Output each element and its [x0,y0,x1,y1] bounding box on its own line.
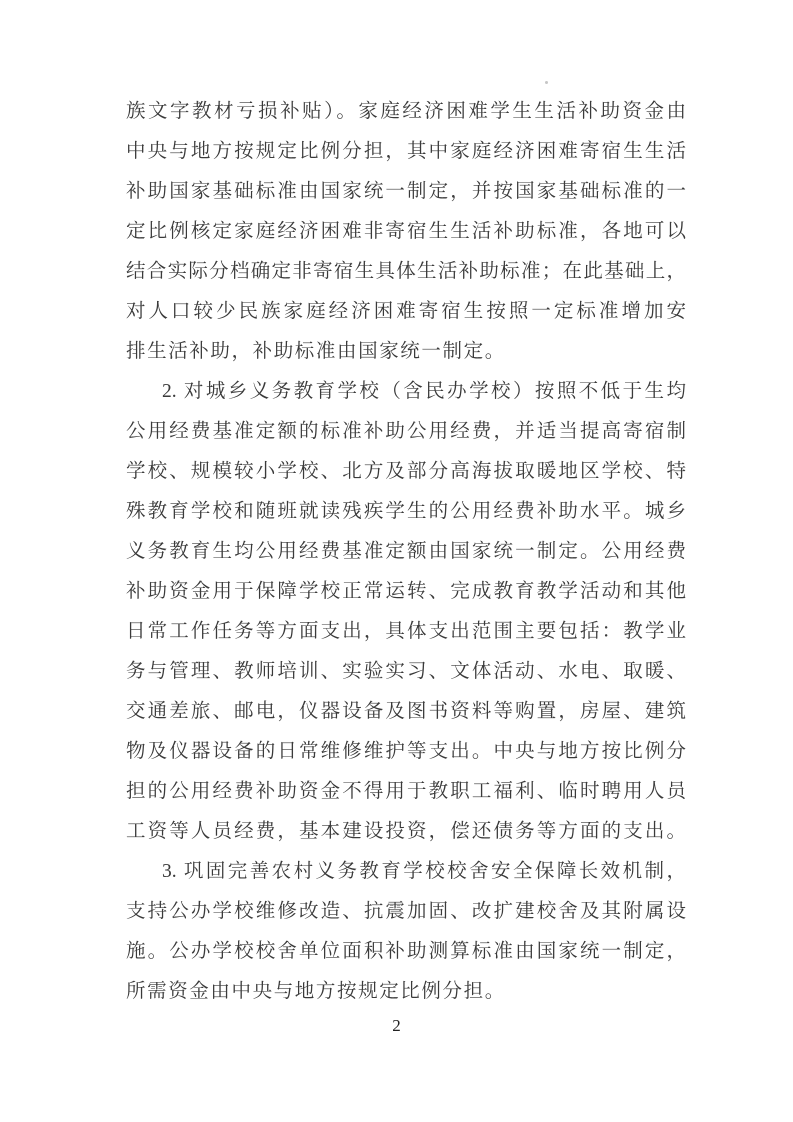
paragraph-continuation: 族文字教材亏损补贴）。家庭经济困难学生生活补助资金由 中央与地方按规定比例分担，… [126,92,686,372]
text-line: 务与管理、教师培训、实验实习、文体活动、水电、取暖、 [126,652,686,692]
text-line: 公用经费基准定额的标准补助公用经费，并适当提高寄宿制 [126,412,686,452]
text-line: 排生活补助，补助标准由国家统一制定。 [126,332,686,372]
body-text: 族文字教材亏损补贴）。家庭经济困难学生生活补助资金由 中央与地方按规定比例分担，… [126,92,686,1012]
text-line: 定比例核定家庭经济困难非寄宿生生活补助标准，各地可以 [126,212,686,252]
scan-speck [545,81,548,84]
text-line: 日常工作任务等方面支出，具体支出范围主要包括：教学业 [126,612,686,652]
text-line: 中央与地方按规定比例分担，其中家庭经济困难寄宿生生活 [126,132,686,172]
text-line: 对人口较少民族家庭经济困难寄宿生按照一定标准增加安 [126,292,686,332]
paragraph-item-3: 3. 巩固完善农村义务教育学校校舍安全保障长效机制， 支持公办学校维修改造、抗震… [126,852,686,1012]
text-line: 族文字教材亏损补贴）。家庭经济困难学生生活补助资金由 [126,92,686,132]
text-line-numbered: 2. 对城乡义务教育学校（含民办学校）按照不低于生均 [126,372,686,412]
text-line: 补助资金用于保障学校正常运转、完成教育教学活动和其他 [126,572,686,612]
text-line: 物及仪器设备的日常维修维护等支出。中央与地方按比例分 [126,732,686,772]
document-page: 族文字教材亏损补贴）。家庭经济困难学生生活补助资金由 中央与地方按规定比例分担，… [0,0,793,1122]
text-line: 交通差旅、邮电，仪器设备及图书资料等购置，房屋、建筑 [126,692,686,732]
text-line: 义务教育生均公用经费基准定额由国家统一制定。公用经费 [126,532,686,572]
text-line: 补助国家基础标准由国家统一制定，并按国家基础标准的一 [126,172,686,212]
page-number: 2 [0,1014,793,1038]
text-line-numbered: 3. 巩固完善农村义务教育学校校舍安全保障长效机制， [126,852,686,892]
text-line: 施。公办学校校舍单位面积补助测算标准由国家统一制定， [126,932,686,972]
text-line: 支持公办学校维修改造、抗震加固、改扩建校舍及其附属设 [126,892,686,932]
text-line: 结合实际分档确定非寄宿生具体生活补助标准；在此基础上， [126,252,686,292]
paragraph-item-2: 2. 对城乡义务教育学校（含民办学校）按照不低于生均 公用经费基准定额的标准补助… [126,372,686,852]
text-line: 殊教育学校和随班就读残疾学生的公用经费补助水平。城乡 [126,492,686,532]
text-line: 担的公用经费补助资金不得用于教职工福利、临时聘用人员 [126,772,686,812]
text-line: 工资等人员经费，基本建设投资，偿还债务等方面的支出。 [126,812,686,852]
text-line: 所需资金由中央与地方按规定比例分担。 [126,972,686,1012]
text-line: 学校、规模较小学校、北方及部分高海拔取暖地区学校、特 [126,452,686,492]
